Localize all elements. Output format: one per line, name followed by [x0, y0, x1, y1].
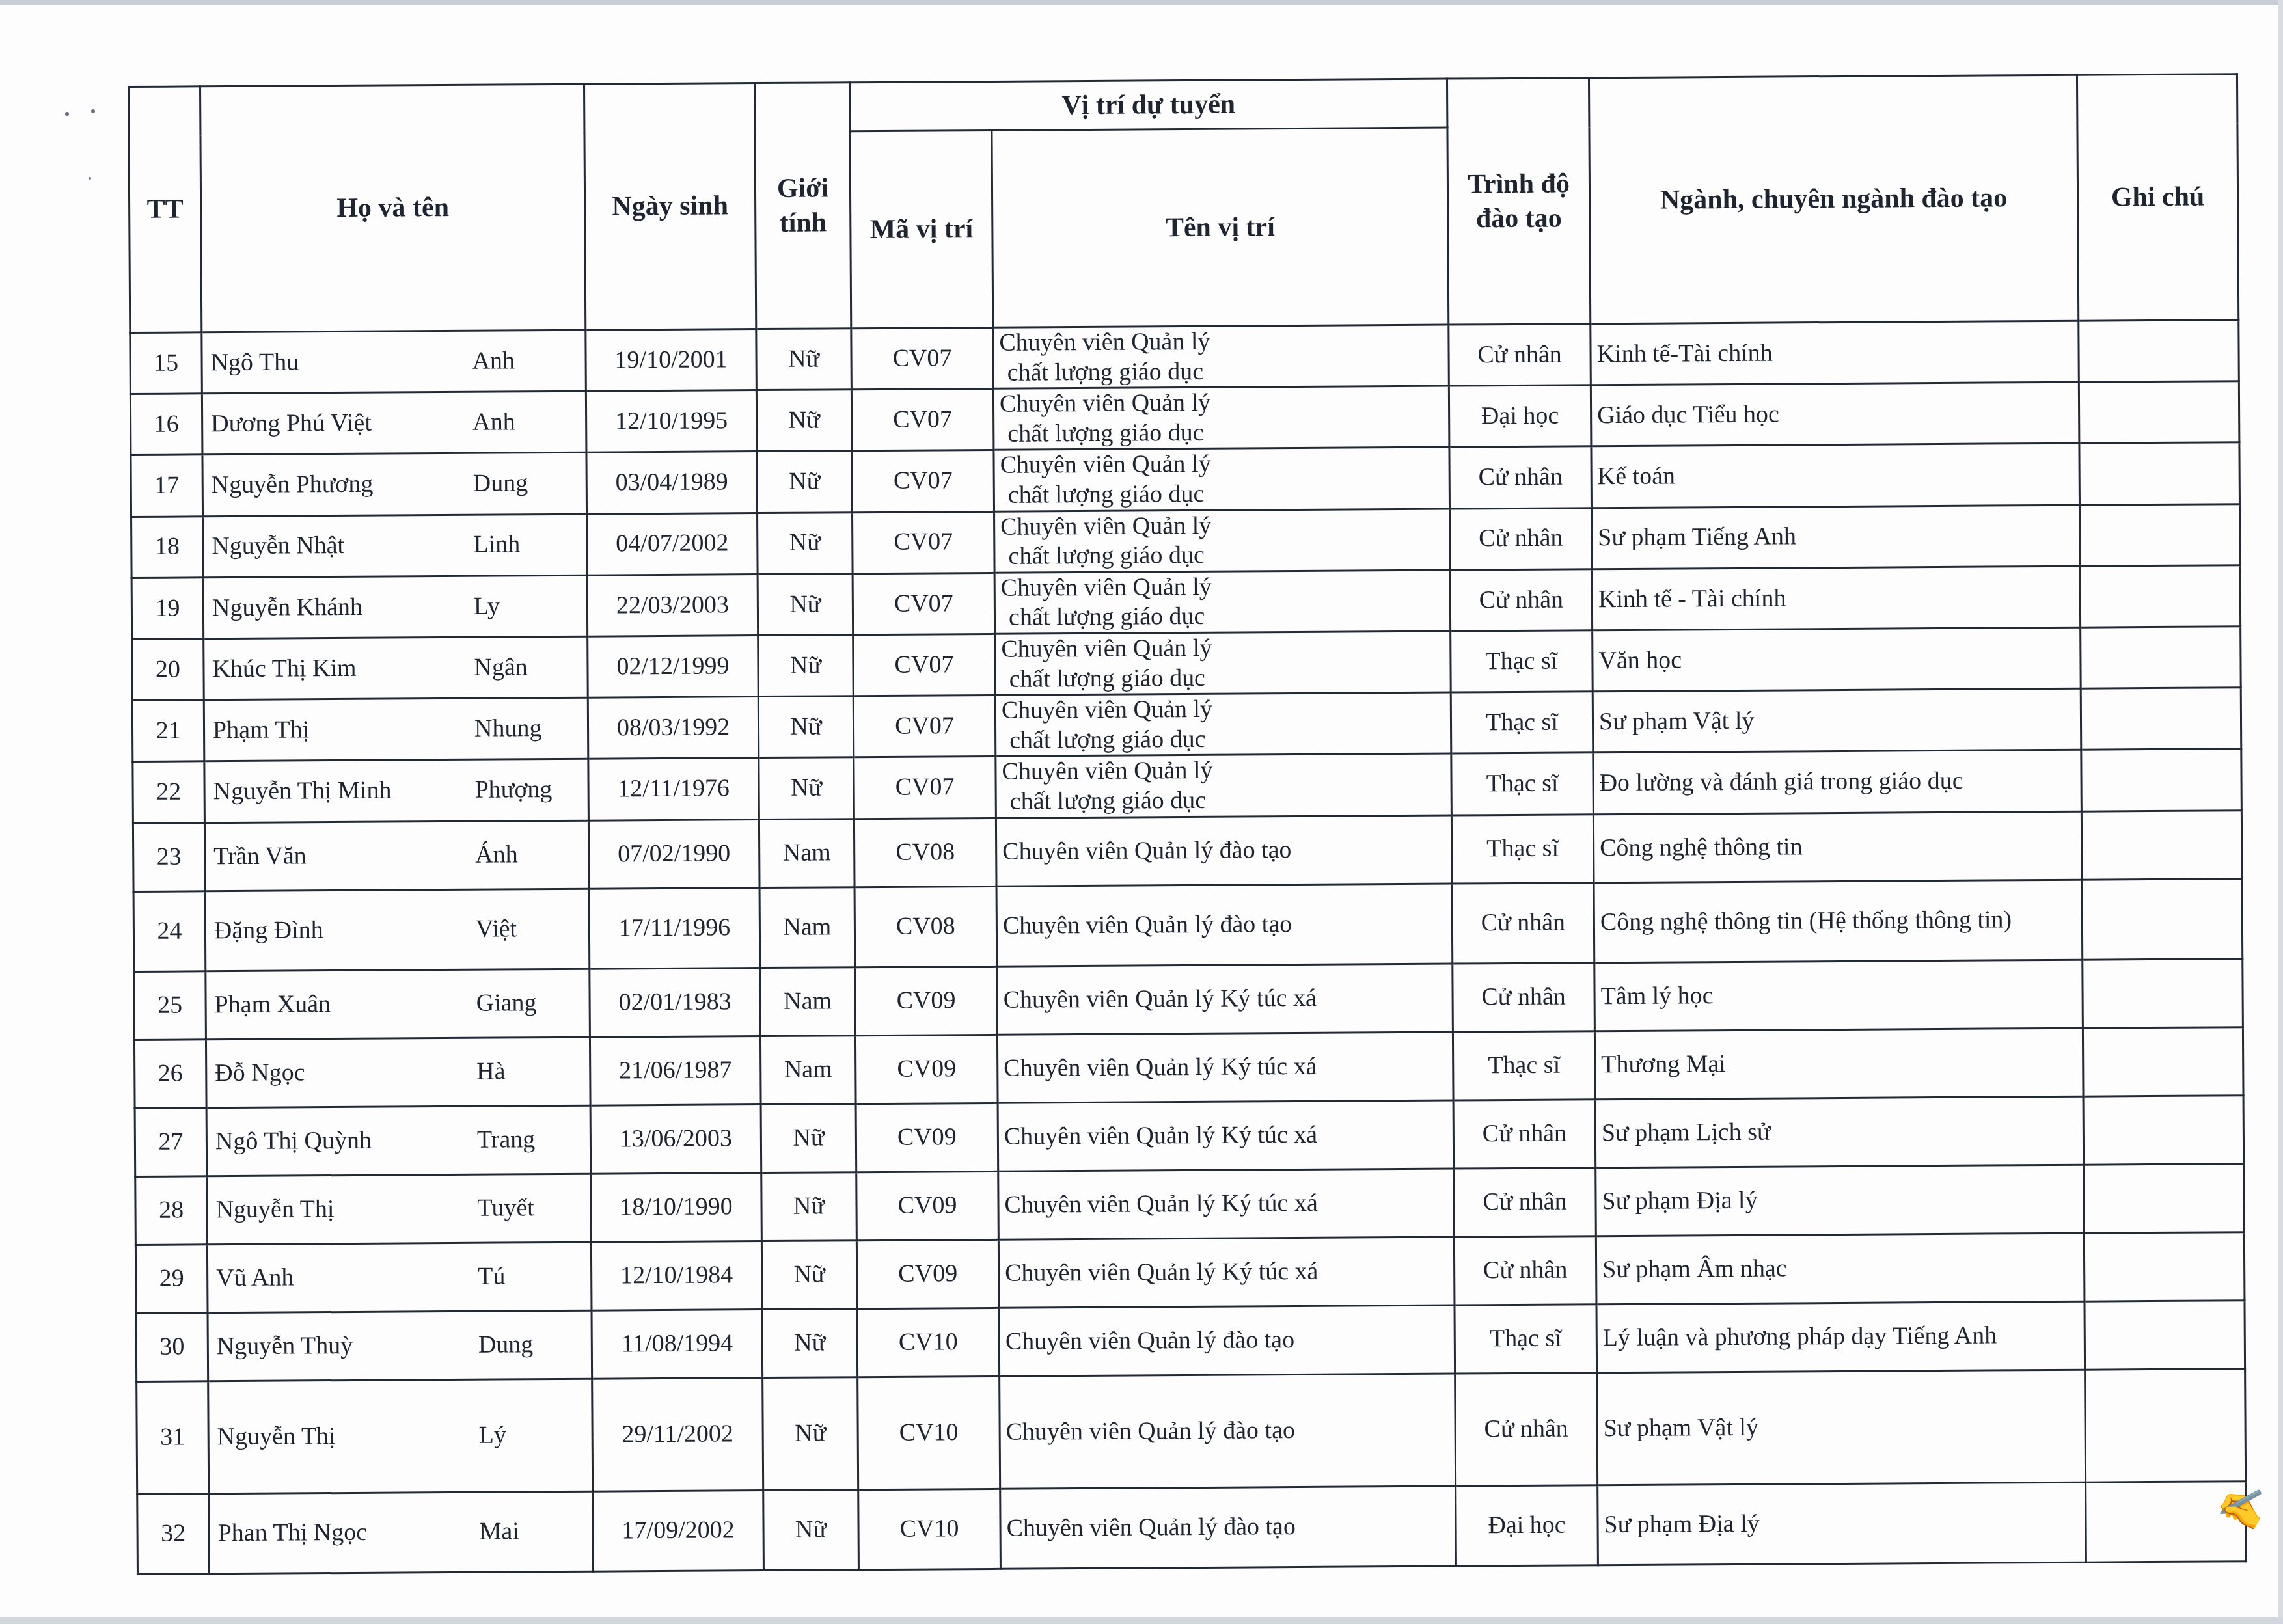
cell-position-code: CV07: [852, 450, 994, 513]
cell-gender: Nam: [760, 967, 856, 1036]
cell-position-name: Chuyên viên Quản lýchất lượng giáo dục: [993, 386, 1449, 450]
cell-gender: Nữ: [761, 1240, 857, 1309]
cell-note: [2083, 958, 2243, 1028]
cell-position-code: CV09: [855, 966, 998, 1035]
header-tt: TT: [129, 87, 202, 333]
given-name: Dung: [473, 468, 581, 500]
given-name: Ly: [474, 590, 581, 622]
cell-full-name: Nguyễn Thị MinhPhượng: [204, 759, 589, 823]
cell-full-name: Phạm XuânGiang: [206, 969, 590, 1040]
table-row: 25 Phạm XuânGiang 02/01/1983 Nam CV09 Ch…: [134, 958, 2243, 1040]
header-position-name: Tên vị trí: [992, 128, 1449, 327]
given-name: Ngân: [474, 652, 581, 684]
scan-edge-right: [2278, 0, 2283, 1624]
cell-tt: 31: [137, 1381, 209, 1494]
cell-gender: Nam: [759, 887, 855, 968]
cell-education-level: Thạc sĩ: [1451, 692, 1593, 754]
cell-major: Giáo dục Tiểu học: [1591, 382, 2079, 446]
given-name: Việt: [476, 913, 583, 945]
cell-education-level: Cử nhân: [1452, 882, 1594, 963]
cell-position-name: Chuyên viên Quản lý Ký túc xá: [997, 964, 1453, 1035]
cell-major: Sư phạm Vật lý: [1597, 1370, 2086, 1485]
cell-gender: Nữ: [757, 451, 853, 513]
cell-note: [2081, 688, 2241, 750]
table-row: 29 Vũ AnhTú 12/10/1984 Nữ CV09 Chuyên vi…: [135, 1232, 2245, 1313]
table-row: 31 Nguyễn ThịLý 29/11/2002 Nữ CV10 Chuyê…: [137, 1368, 2246, 1494]
cell-full-name: Nguyễn PhươngDung: [202, 453, 587, 517]
cell-gender: Nữ: [758, 696, 854, 758]
cell-note: [2079, 381, 2239, 444]
surname: Nguyễn Thuỳ: [217, 1331, 353, 1362]
cell-note: [2082, 878, 2243, 960]
cell-dob: 07/02/1990: [588, 819, 759, 889]
cell-education-level: Thạc sĩ: [1455, 1304, 1597, 1373]
cell-tt: 26: [134, 1039, 206, 1108]
cell-position-code: CV09: [856, 1171, 999, 1240]
cell-full-name: Phan Thị NgọcMai: [209, 1491, 594, 1574]
cell-position-name: Chuyên viên Quản lý đào tạo: [1000, 1374, 1456, 1489]
cell-dob: 29/11/2002: [592, 1377, 763, 1491]
table-row: 24 Đặng ĐìnhViệt 17/11/1996 Nam CV08 Chu…: [133, 878, 2243, 971]
cell-position-name: Chuyên viên Quản lýchất lượng giáo dục: [994, 570, 1451, 634]
cell-tt: 20: [132, 639, 204, 701]
given-name: Lý: [479, 1419, 586, 1451]
cell-major: Công nghệ thông tin: [1593, 811, 2082, 883]
given-name: Linh: [473, 529, 581, 561]
header-full-name: Họ và tên: [200, 84, 586, 332]
cell-major: Đo lường và đánh giá trong giáo dục: [1593, 750, 2082, 814]
cell-major: Lý luận và phương pháp dạy Tiếng Anh: [1596, 1301, 2085, 1373]
cell-tt: 21: [132, 700, 204, 762]
header-note: Ghi chú: [2077, 74, 2238, 321]
cell-tt: 22: [133, 761, 205, 823]
cell-dob: 12/10/1995: [586, 390, 757, 453]
surname: Ngô Thu: [210, 347, 299, 378]
cell-position-name: Chuyên viên Quản lý đào tạo: [1000, 1486, 1456, 1569]
cell-full-name: Nguyễn KhánhLy: [203, 575, 588, 639]
cell-position-name: Chuyên viên Quản lýchất lượng giáo dục: [994, 509, 1451, 573]
cell-note: [2080, 565, 2241, 627]
cell-position-code: CV10: [858, 1489, 1001, 1569]
cell-gender: Nữ: [756, 329, 852, 390]
header-education-level: Trình độ đào tạo: [1447, 78, 1590, 325]
surname: Nguyễn Khánh: [212, 591, 362, 623]
cell-position-name: Chuyên viên Quản lýchất lượng giáo dục: [995, 692, 1451, 756]
cell-dob: 17/09/2002: [593, 1490, 764, 1571]
candidate-table: TT Họ và tên Ngày sinh Giới tính Vị trí …: [128, 73, 2247, 1575]
surname: Nguyễn Thị Minh: [213, 776, 391, 807]
cell-dob: 17/11/1996: [589, 887, 760, 969]
cell-tt: 25: [134, 971, 206, 1040]
cell-position-name: Chuyên viên Quản lý Ký túc xá: [997, 1032, 1453, 1103]
cell-gender: Nữ: [762, 1308, 858, 1377]
cell-gender: Nam: [759, 819, 854, 887]
cell-dob: 21/06/1987: [590, 1036, 761, 1105]
cell-tt: 15: [130, 332, 202, 394]
cell-gender: Nữ: [763, 1377, 858, 1490]
cell-note: [2081, 749, 2242, 811]
cell-gender: Nữ: [756, 390, 852, 452]
scan-speck: [91, 109, 95, 113]
cell-gender: Nữ: [761, 1103, 856, 1172]
cell-position-name: Chuyên viên Quản lý Ký túc xá: [998, 1169, 1455, 1239]
cell-tt: 28: [135, 1176, 208, 1245]
header-position-group: Vị trí dự tuyển: [849, 79, 1447, 131]
given-name: Hà: [476, 1055, 584, 1087]
cell-position-name: Chuyên viên Quản lý Ký túc xá: [998, 1237, 1455, 1308]
surname: Vũ Anh: [216, 1262, 294, 1293]
header-gender: Giới tính: [754, 83, 851, 329]
cell-education-level: Cử nhân: [1454, 1236, 1596, 1305]
cell-dob: 12/10/1984: [591, 1241, 762, 1310]
cell-note: [2079, 320, 2239, 383]
given-name: Tuyết: [477, 1192, 584, 1224]
cell-tt: 32: [137, 1493, 210, 1574]
surname: Trần Văn: [213, 841, 307, 872]
cell-gender: Nữ: [763, 1489, 859, 1570]
cell-tt: 19: [131, 578, 204, 640]
cell-dob: 08/03/1992: [588, 697, 759, 759]
cell-gender: Nam: [760, 1035, 856, 1104]
cell-full-name: Khúc Thị KimNgân: [204, 636, 588, 700]
given-name: Dung: [478, 1329, 586, 1360]
surname: Khúc Thị Kim: [212, 653, 356, 685]
cell-education-level: Đại học: [1449, 385, 1591, 448]
given-name: Tú: [478, 1260, 585, 1292]
header-position-code: Mã vị trí: [850, 130, 993, 328]
cell-gender: Nữ: [761, 1172, 857, 1241]
table-row: 30 Nguyễn ThuỳDung 11/08/1994 Nữ CV10 Ch…: [136, 1300, 2245, 1381]
cell-position-code: CV08: [854, 818, 996, 887]
cell-position-name: Chuyên viên Quản lýchất lượng giáo dục: [993, 325, 1449, 388]
cell-major: Công nghệ thông tin (Hệ thống thông tin): [1594, 880, 2083, 963]
cell-gender: Nữ: [758, 573, 853, 635]
cell-dob: 19/10/2001: [586, 329, 757, 392]
candidate-table-container: TT Họ và tên Ngày sinh Giới tính Vị trí …: [128, 73, 2245, 1575]
cell-position-name: Chuyên viên Quản lýchất lượng giáo dục: [994, 447, 1450, 511]
cell-full-name: Đỗ NgọcHà: [206, 1037, 590, 1108]
cell-note: [2084, 1232, 2245, 1301]
cell-dob: 03/04/1989: [586, 452, 758, 514]
given-name: Nhung: [474, 713, 582, 745]
cell-education-level: Cử nhân: [1449, 324, 1591, 386]
cell-full-name: Nguyễn ThuỳDung: [208, 1310, 592, 1381]
cell-full-name: Trần VănÁnh: [204, 820, 589, 891]
cell-dob: 02/12/1999: [588, 636, 759, 698]
cell-note: [2083, 1027, 2243, 1096]
given-name: Ánh: [475, 839, 582, 871]
cell-major: Sư phạm Vật lý: [1593, 688, 2081, 753]
cell-major: Sư phạm Địa lý: [1598, 1482, 2086, 1565]
scan-edge-bottom: [0, 1617, 2283, 1624]
cell-education-level: Thạc sĩ: [1453, 1031, 1595, 1100]
given-name: Anh: [472, 345, 579, 377]
cell-position-code: CV10: [858, 1376, 1000, 1489]
cell-position-code: CV07: [851, 327, 994, 390]
cell-major: Kinh tế - Tài chính: [1592, 566, 2081, 630]
given-name: Trang: [477, 1124, 584, 1156]
surname: Phan Thị Ngọc: [217, 1517, 367, 1549]
surname: Nguyễn Nhật: [212, 530, 344, 562]
cell-position-code: CV07: [853, 511, 995, 574]
cell-note: [2079, 442, 2240, 505]
given-name: Giang: [476, 987, 583, 1019]
cell-full-name: Vũ AnhTú: [207, 1242, 592, 1313]
table-row: 26 Đỗ NgọcHà 21/06/1987 Nam CV09 Chuyên …: [134, 1027, 2243, 1108]
cell-major: Văn học: [1593, 627, 2081, 692]
cell-tt: 17: [131, 455, 203, 517]
cell-education-level: Cử nhân: [1449, 446, 1592, 509]
cell-position-name: Chuyên viên Quản lýchất lượng giáo dục: [996, 753, 1452, 817]
cell-tt: 30: [136, 1312, 208, 1381]
cell-note: [2085, 1300, 2245, 1370]
surname: Ngô Thị Quỳnh: [215, 1125, 372, 1157]
table-row: 23 Trần VănÁnh 07/02/1990 Nam CV08 Chuyê…: [133, 810, 2242, 891]
cell-position-code: CV07: [853, 634, 996, 696]
surname: Nguyễn Thị: [217, 1421, 336, 1453]
cell-full-name: Ngô Thị QuỳnhTrang: [206, 1105, 591, 1176]
cell-note: [2079, 504, 2240, 566]
cell-position-code: CV07: [854, 757, 996, 819]
cell-note: [2083, 1095, 2244, 1165]
cell-position-code: CV09: [856, 1239, 999, 1308]
table-row: 28 Nguyễn ThịTuyết 18/10/1990 Nữ CV09 Ch…: [135, 1163, 2245, 1245]
table-body: 15 Ngô ThuAnh 19/10/2001 Nữ CV07 Chuyên …: [130, 320, 2247, 1574]
cell-major: Thương Mại: [1594, 1028, 2083, 1100]
cell-education-level: Cử nhân: [1453, 962, 1595, 1031]
cell-tt: 23: [133, 822, 205, 891]
cell-full-name: Nguyễn ThịTuyết: [207, 1174, 592, 1245]
cell-position-code: CV09: [855, 1035, 998, 1103]
cell-dob: 11/08/1994: [592, 1309, 763, 1379]
cell-note: [2081, 627, 2241, 689]
cell-position-code: CV08: [854, 886, 997, 967]
surname: Phạm Xuân: [214, 989, 331, 1021]
cell-tt: 24: [133, 891, 206, 971]
cell-full-name: Phạm ThịNhung: [204, 697, 588, 761]
given-name: Phượng: [474, 774, 582, 806]
cell-dob: 22/03/2003: [587, 574, 758, 636]
given-name: Anh: [472, 407, 580, 439]
cell-gender: Nữ: [759, 757, 854, 819]
scan-speck: [65, 112, 69, 116]
cell-tt: 16: [130, 394, 202, 455]
cell-major: Sư phạm Tiếng Anh: [1592, 505, 2081, 569]
table-header: TT Họ và tên Ngày sinh Giới tính Vị trí …: [129, 74, 2239, 333]
cell-dob: 02/01/1983: [590, 968, 761, 1037]
cell-education-level: Cử nhân: [1453, 1099, 1596, 1168]
cell-position-name: Chuyên viên Quản lýchất lượng giáo dục: [995, 631, 1451, 695]
cell-tt: 29: [135, 1244, 208, 1313]
cell-education-level: Cử nhân: [1450, 569, 1593, 632]
header-major: Ngành, chuyên ngành đào tạo: [1589, 75, 2078, 324]
cell-position-code: CV09: [856, 1103, 998, 1172]
table-row: 27 Ngô Thị QuỳnhTrang 13/06/2003 Nữ CV09…: [135, 1095, 2244, 1176]
cell-full-name: Dương Phú ViệtAnh: [202, 391, 586, 455]
cell-education-level: Cử nhân: [1455, 1372, 1598, 1485]
cell-note: [2085, 1368, 2246, 1482]
header-dob: Ngày sinh: [584, 83, 756, 331]
cell-education-level: Đại học: [1456, 1485, 1598, 1565]
cell-gender: Nữ: [758, 512, 853, 574]
cell-education-level: Cử nhân: [1450, 507, 1593, 570]
surname: Đặng Đình: [214, 915, 323, 947]
cell-major: Tâm lý học: [1594, 960, 2083, 1031]
cell-major: Kế toán: [1591, 444, 2080, 508]
cell-full-name: Nguyễn NhậtLinh: [203, 514, 588, 578]
cell-dob: 18/10/1990: [591, 1172, 762, 1242]
cell-full-name: Nguyễn ThịLý: [208, 1379, 593, 1494]
scan-edge-top: [0, 0, 2283, 5]
cell-education-level: Thạc sĩ: [1451, 753, 1594, 815]
cell-position-code: CV07: [851, 389, 994, 452]
cell-education-level: Cử nhân: [1454, 1167, 1596, 1236]
cell-major: Sư phạm Lịch sử: [1595, 1096, 2084, 1168]
cell-education-level: Thạc sĩ: [1451, 630, 1593, 693]
table-row: 32 Phan Thị NgọcMai 17/09/2002 Nữ CV10 C…: [137, 1481, 2247, 1574]
surname: Đỗ Ngọc: [215, 1057, 305, 1089]
cell-note: [2081, 810, 2242, 880]
cell-major: Kinh tế-Tài chính: [1591, 321, 2079, 385]
cell-dob: 04/07/2002: [587, 513, 758, 575]
cell-position-code: CV10: [857, 1308, 1000, 1377]
surname: Nguyễn Phương: [212, 469, 374, 501]
cell-tt: 18: [131, 516, 204, 578]
cell-position-code: CV07: [853, 573, 995, 635]
cell-dob: 12/11/1976: [588, 758, 759, 820]
cell-note: [2084, 1163, 2245, 1233]
cell-major: Sư phạm Âm nhạc: [1596, 1233, 2085, 1305]
scan-speck: [89, 177, 91, 180]
cell-tt: 27: [135, 1107, 207, 1176]
surname: Phạm Thị: [213, 714, 309, 746]
cell-position-name: Chuyên viên Quản lý đào tạo: [996, 815, 1452, 886]
surname: Dương Phú Việt: [211, 408, 372, 440]
cell-gender: Nữ: [758, 635, 854, 697]
surname: Nguyễn Thị: [215, 1194, 334, 1226]
cell-position-name: Chuyên viên Quản lý đào tạo: [999, 1305, 1455, 1376]
cell-major: Sư phạm Địa lý: [1596, 1165, 2085, 1236]
cell-position-name: Chuyên viên Quản lý đào tạo: [996, 884, 1453, 966]
given-name: Mai: [479, 1515, 586, 1547]
cell-position-code: CV07: [853, 695, 996, 757]
cell-education-level: Thạc sĩ: [1451, 814, 1594, 883]
cell-full-name: Đặng ĐìnhViệt: [205, 889, 590, 971]
cell-full-name: Ngô ThuAnh: [202, 330, 586, 394]
cell-position-name: Chuyên viên Quản lý Ký túc xá: [998, 1100, 1454, 1171]
cell-dob: 13/06/2003: [590, 1104, 761, 1174]
